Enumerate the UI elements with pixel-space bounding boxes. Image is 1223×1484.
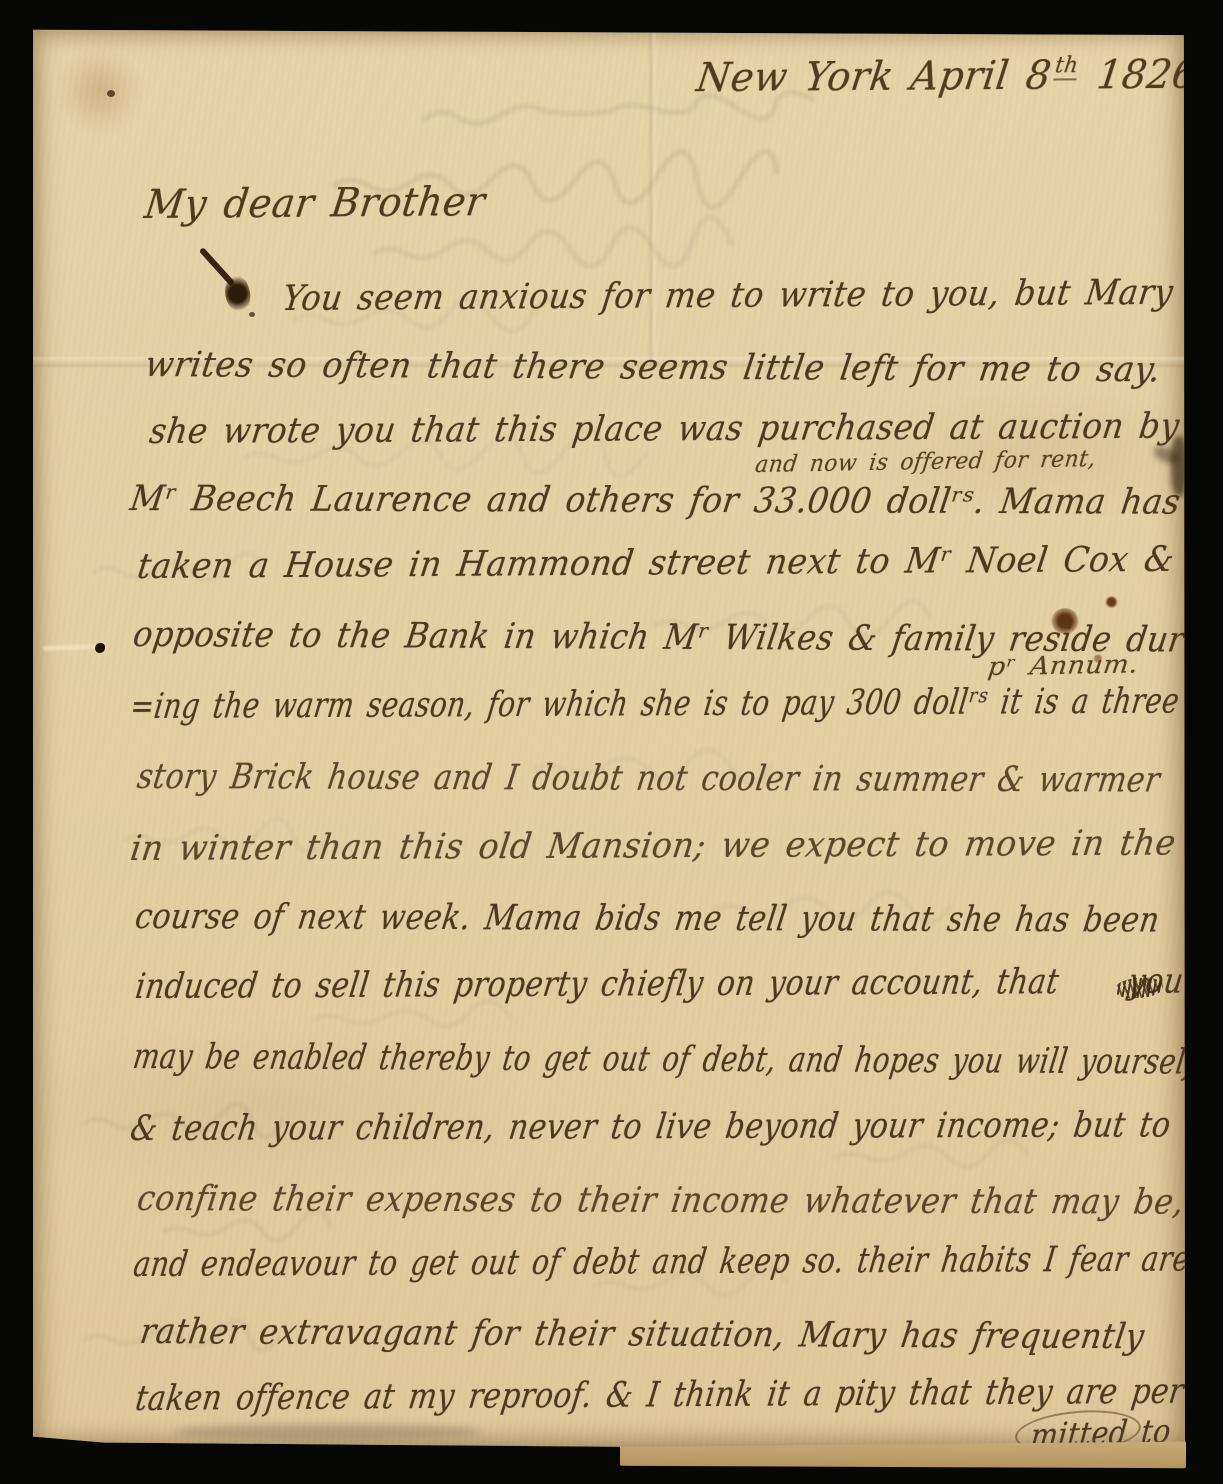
letter-page: New York April 8th 1826 My dear Brother … bbox=[33, 28, 1185, 1448]
letter-line: taken a House in Hammond street next to … bbox=[135, 543, 1176, 585]
dateline: New York April 8th 1826 bbox=[694, 52, 1185, 102]
letter-line: =ing the warm season, for which she is t… bbox=[128, 685, 1181, 726]
dateline-superscript: th bbox=[1053, 53, 1080, 80]
letter-line: & teach your children, never to live bey… bbox=[128, 1108, 1173, 1147]
fold-crease-vertical bbox=[648, 28, 657, 368]
letter-line: may be enabled thereby to get out of deb… bbox=[131, 1040, 1185, 1081]
ink-bleedthrough-marks bbox=[33, 28, 1185, 1448]
graphite-smudge bbox=[173, 1424, 483, 1440]
letter-line: in winter than this old Mansion; we expe… bbox=[128, 827, 1178, 867]
letter-line: You seem anxious for me to write to you,… bbox=[280, 276, 1175, 317]
dateline-year: 1826 bbox=[1077, 52, 1185, 99]
salutation: My dear Brother bbox=[142, 179, 488, 228]
letter-line: Mʳ Beech Laurence and others for 33.000 … bbox=[128, 482, 1183, 521]
ink-blot-speck bbox=[249, 312, 255, 317]
letter-line: story Brick house and I doubt not cooler… bbox=[135, 760, 1162, 799]
letter-line: writes so often that there seems little … bbox=[143, 348, 1163, 388]
photo-background: New York April 8th 1826 My dear Brother … bbox=[0, 0, 1223, 1484]
paper-hole bbox=[95, 643, 105, 653]
letter-line: taken offence at my reproof. & I think i… bbox=[133, 1375, 1185, 1417]
stain-blot bbox=[1093, 654, 1103, 663]
ink-smudge bbox=[1171, 436, 1185, 496]
letter-line: confine their expenses to their income w… bbox=[135, 1182, 1185, 1221]
letter-line: rather extravagant for their situation, … bbox=[138, 1315, 1147, 1355]
stain-blot bbox=[1051, 608, 1079, 634]
letter-line: course of next week. Mama bids me tell y… bbox=[133, 900, 1162, 939]
letter-line: and endeavour to get out of debt and kee… bbox=[131, 1242, 1185, 1283]
letter-line: induced to sell this property chiefly on… bbox=[133, 965, 1185, 1006]
letter-line: she wrote you that this place was purcha… bbox=[147, 410, 1181, 450]
interline-insertion: pʳ Annum. bbox=[986, 649, 1140, 681]
stain-speck bbox=[107, 90, 115, 97]
stain-blot bbox=[1105, 596, 1118, 608]
dateline-place-date: New York April 8 bbox=[694, 53, 1054, 102]
